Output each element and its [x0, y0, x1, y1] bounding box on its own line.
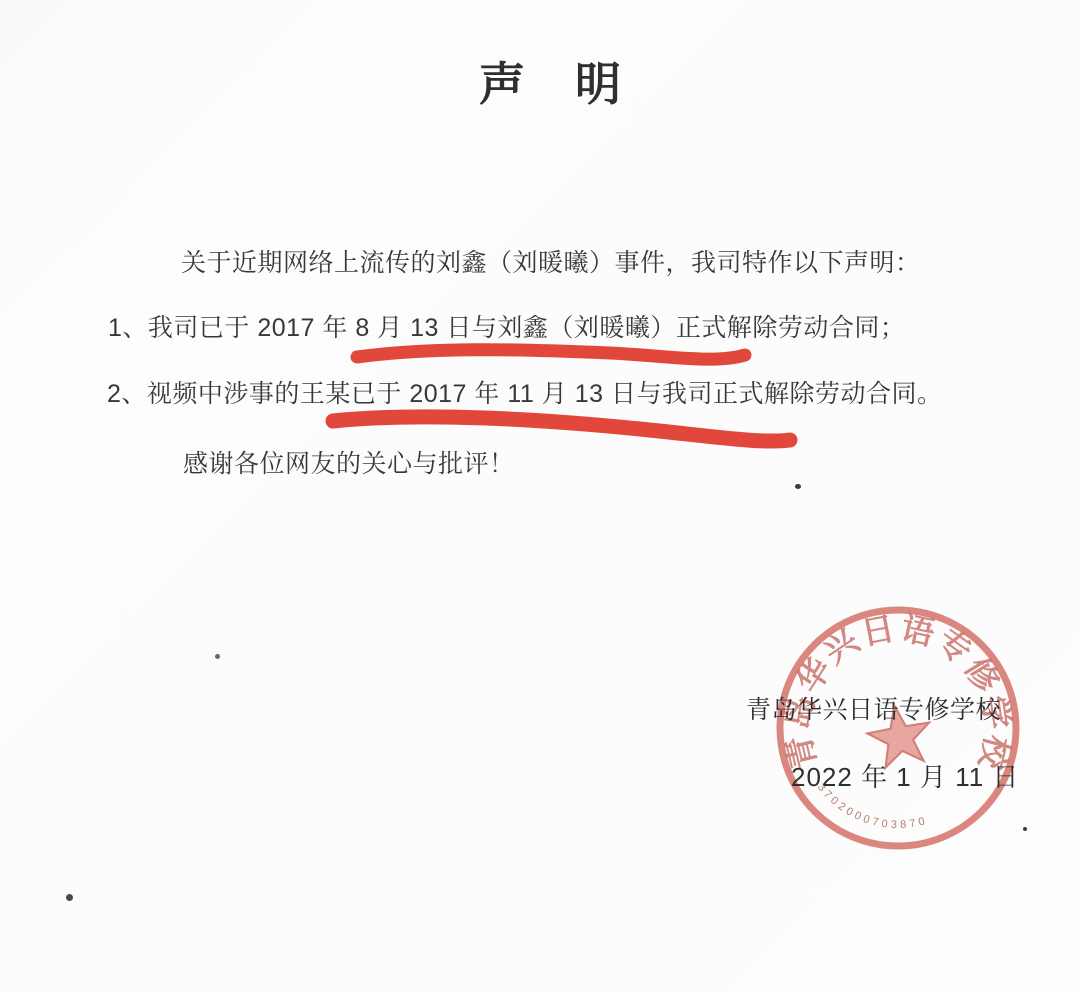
statement-document-page: 声 明 关于近期网络上流传的刘鑫（刘暖曦）事件，我司特作以下声明： 1、我司已于… — [0, 0, 1080, 992]
red-underline-item-1 — [357, 350, 745, 359]
scan-speck — [1023, 827, 1027, 831]
statement-item-2: 2、视频中涉事的王某已于 2017 年 11 月 13 日与我司正式解除劳动合同… — [107, 374, 942, 410]
red-underline-item-2 — [333, 417, 790, 441]
document-date: 2022 年 1 月 11 日 — [791, 757, 1019, 794]
seal-graphic: 青岛华兴日语专修学校 3702000703870 — [768, 598, 1028, 858]
closing-paragraph: 感谢各位网友的关心与批评！ — [183, 444, 515, 480]
scan-speck — [795, 484, 801, 489]
statement-item-1: 1、我司已于 2017 年 8 月 13 日与刘鑫（刘暖曦）正式解除劳动合同； — [108, 308, 905, 344]
scan-speck — [215, 654, 220, 659]
intro-paragraph: 关于近期网络上流传的刘鑫（刘暖曦）事件，我司特作以下声明： — [181, 243, 921, 279]
document-title: 声 明 — [479, 48, 623, 114]
scan-speck — [66, 894, 73, 901]
official-seal-stamp: 青岛华兴日语专修学校 3702000703870 — [768, 598, 1028, 858]
organization-signature: 青岛华兴日语专修学校 — [746, 690, 1001, 726]
